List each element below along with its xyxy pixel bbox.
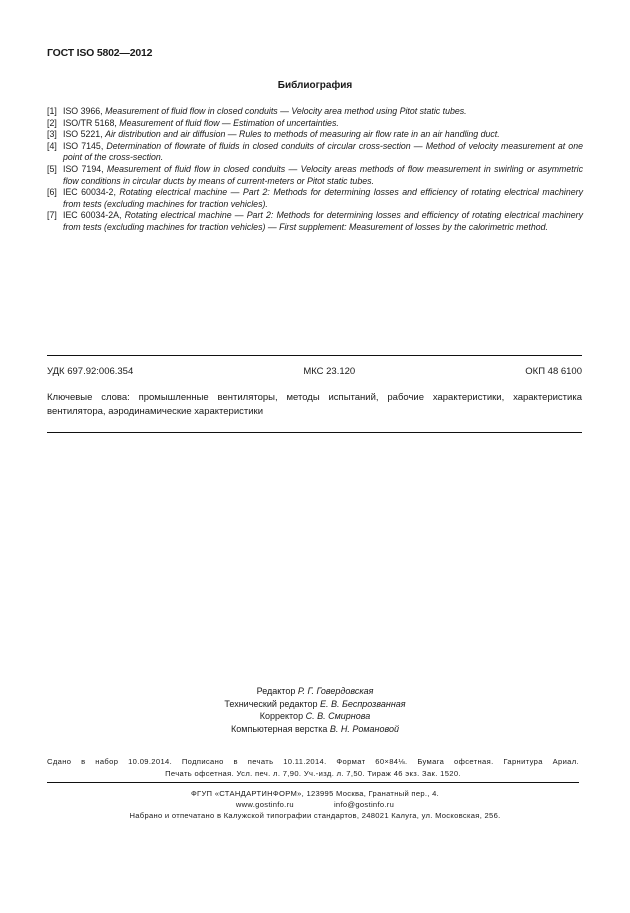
publisher-info: ФГУП «СТАНДАРТИНФОРМ», 123995 Москва, Гр… [0, 788, 630, 821]
standard-code: ISO 7194, [63, 164, 104, 174]
bibliography-item: [2]ISO/TR 5168, Measurement of fluid flo… [47, 118, 583, 130]
standard-code: ISO 3966, [63, 106, 103, 116]
staff-name: Е. В. Беспрозванная [320, 699, 406, 709]
bibliography-item: [6]IEC 60034-2, Rotating electrical mach… [47, 187, 583, 210]
standard-title: Measurement of fluid flow — Estimation o… [119, 118, 339, 128]
bibliography-item: [1]ISO 3966, Measurement of fluid flow i… [47, 106, 583, 118]
staff-line: Корректор С. В. Смирнова [0, 710, 630, 723]
publisher-name-address: ФГУП «СТАНДАРТИНФОРМ», 123995 Москва, Гр… [0, 788, 630, 799]
bibliography-item: [5]ISO 7194, Measurement of fluid flow i… [47, 164, 583, 187]
classification-row: УДК 697.92:006.354 МКС 23.120 ОКП 48 610… [47, 366, 582, 377]
print-info: Сдано в набор 10.09.2014. Подписано в пе… [47, 756, 579, 779]
bibliography-item-text: IEC 60034-2, Rotating electrical machine… [63, 187, 583, 210]
printing-house: Набрано и отпечатано в Калужской типогра… [0, 810, 630, 821]
staff-line: Компьютерная верстка В. Н. Романовой [0, 723, 630, 736]
okp-code: ОКП 48 6100 [525, 366, 582, 377]
staff-role: Технический редактор [224, 699, 317, 709]
standard-code: ISO 7145, [63, 141, 103, 151]
bibliography-item-number: [1] [47, 106, 63, 118]
staff-line: Технический редактор Е. В. Беспрозванная [0, 698, 630, 711]
staff-role: Редактор [257, 686, 296, 696]
bibliography-item-text: ISO 5221, Air distribution and air diffu… [63, 129, 583, 141]
bibliography-item-number: [2] [47, 118, 63, 130]
bibliography-item-number: [7] [47, 210, 63, 233]
standard-code: IEC 60034-2, [63, 187, 116, 197]
publisher-email[interactable]: info@gostinfo.ru [334, 800, 394, 809]
keywords: Ключевые слова: промышленные вентиляторы… [47, 391, 582, 419]
standard-title: Rotating electrical machine — Part 2: Me… [63, 187, 583, 209]
staff-credits: Редактор Р. Г. ГовердовскаяТехнический р… [0, 685, 630, 735]
divider-print [47, 782, 579, 783]
bibliography-item-number: [5] [47, 164, 63, 187]
bibliography-item-number: [6] [47, 187, 63, 210]
staff-role: Корректор [260, 711, 303, 721]
staff-name: Р. Г. Говердовская [298, 686, 374, 696]
print-info-line-1: Сдано в набор 10.09.2014. Подписано в пе… [47, 756, 579, 768]
bibliography-title: Библиография [0, 80, 630, 91]
bibliography-item: [3]ISO 5221, Air distribution and air di… [47, 129, 583, 141]
divider-keywords [47, 432, 582, 433]
bibliography-item-text: ISO 3966, Measurement of fluid flow in c… [63, 106, 583, 118]
print-info-line-2: Печать офсетная. Усл. печ. л. 7,90. Уч.-… [47, 768, 579, 780]
standard-code: ISO 5221, [63, 129, 103, 139]
document-code: ГОСТ ISO 5802—2012 [47, 47, 152, 59]
bibliography-item: [4]ISO 7145, Determination of flowrate o… [47, 141, 583, 164]
standard-title: Measurement of fluid flow in closed cond… [105, 106, 467, 116]
staff-role: Компьютерная верстка [231, 724, 327, 734]
bibliography-item-text: ISO 7145, Determination of flowrate of f… [63, 141, 583, 164]
bibliography-item-text: ISO 7194, Measurement of fluid flow in c… [63, 164, 583, 187]
bibliography-item: [7]IEC 60034-2A, Rotating electrical mac… [47, 210, 583, 233]
bibliography-list: [1]ISO 3966, Measurement of fluid flow i… [47, 106, 583, 234]
bibliography-item-number: [4] [47, 141, 63, 164]
standard-title: Determination of flowrate of fluids in c… [63, 141, 583, 163]
standard-code: IEC 60034-2A, [63, 210, 121, 220]
bibliography-item-text: IEC 60034-2A, Rotating electrical machin… [63, 210, 583, 233]
standard-title: Measurement of fluid flow in closed cond… [63, 164, 583, 186]
staff-line: Редактор Р. Г. Говердовская [0, 685, 630, 698]
standard-title: Rotating electrical machine — Part 2: Me… [63, 210, 583, 232]
bibliography-item-text: ISO/TR 5168, Measurement of fluid flow —… [63, 118, 583, 130]
bibliography-item-number: [3] [47, 129, 63, 141]
udk-code: УДК 697.92:006.354 [47, 366, 133, 377]
standard-title: Air distribution and air diffusion — Rul… [105, 129, 500, 139]
divider-top [47, 355, 582, 356]
publisher-website[interactable]: www.gostinfo.ru [236, 800, 294, 809]
staff-name: В. Н. Романовой [330, 724, 399, 734]
mks-code: МКС 23.120 [303, 366, 355, 377]
standard-code: ISO/TR 5168, [63, 118, 117, 128]
staff-name: С. В. Смирнова [306, 711, 371, 721]
